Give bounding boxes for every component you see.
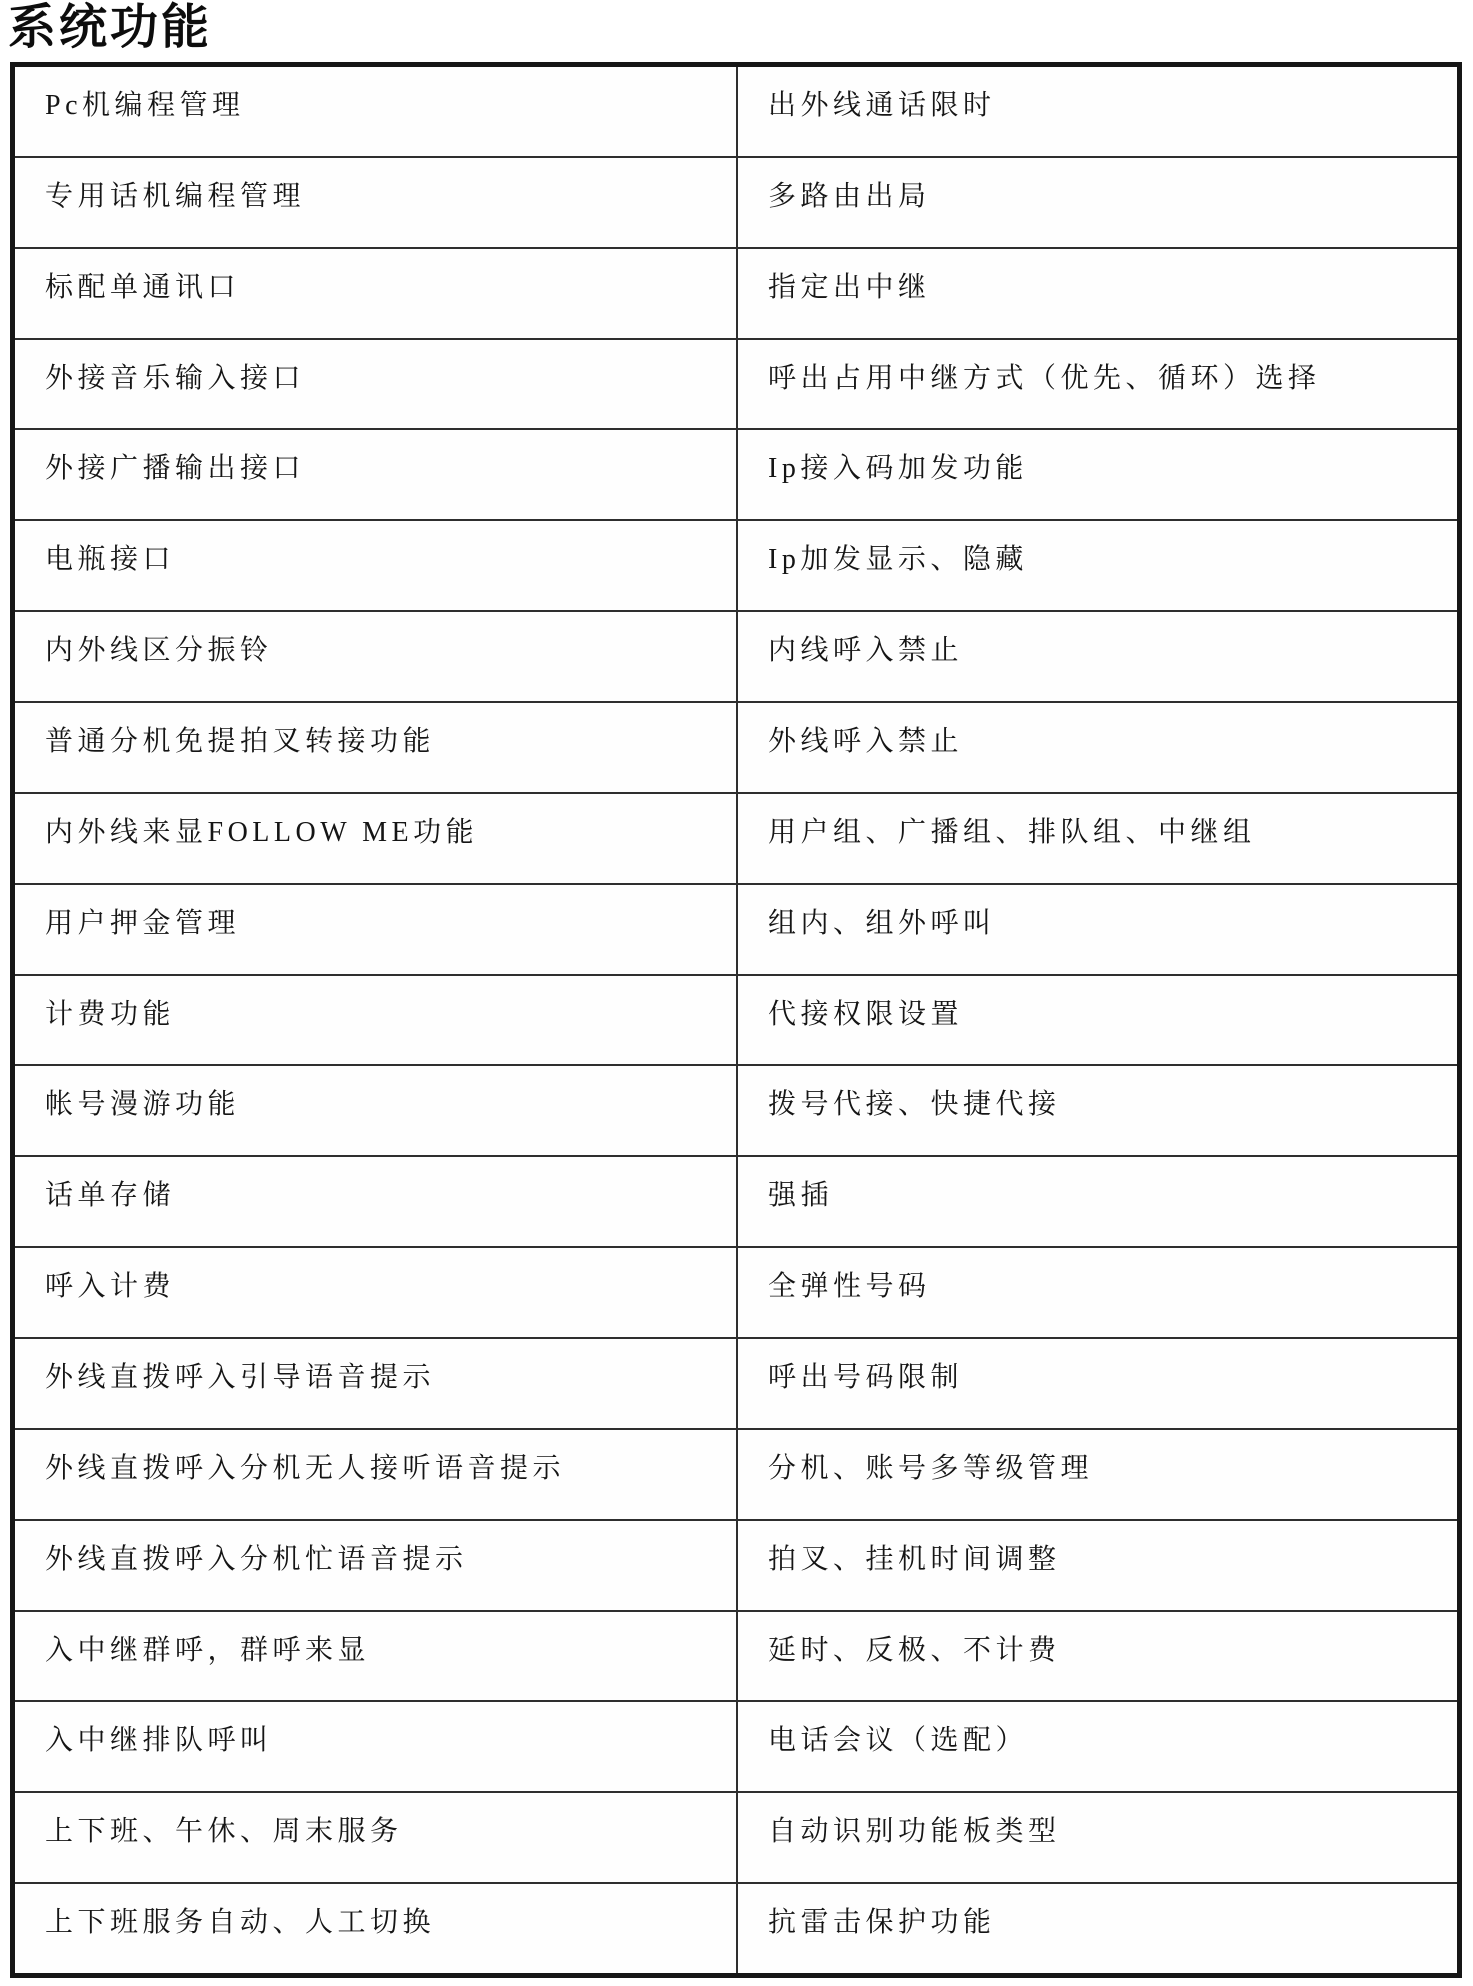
feature-cell-left: 入中继排队呼叫 <box>15 1702 738 1791</box>
feature-cell-left: 外线直拨呼入分机无人接听语音提示 <box>15 1430 738 1519</box>
table-row: 呼入计费 全弹性号码 <box>15 1246 1457 1337</box>
feature-cell-right: Ip接入码加发功能 <box>738 430 1457 519</box>
feature-cell-left: 外接音乐输入接口 <box>15 340 738 429</box>
feature-cell-left: 内外线区分振铃 <box>15 612 738 701</box>
feature-cell-left: 电瓶接口 <box>15 521 738 610</box>
page-title: 系统功能 <box>0 0 1473 54</box>
table-row: 用户押金管理 组内、组外呼叫 <box>15 883 1457 974</box>
document-page: 系统功能 Pc机编程管理 出外线通话限时 专用话机编程管理 多路由出局 标配单通… <box>0 0 1473 1986</box>
feature-cell-left: 入中继群呼，群呼来显 <box>15 1612 738 1701</box>
feature-cell-left: 计费功能 <box>15 976 738 1065</box>
feature-cell-right: 呼出号码限制 <box>738 1339 1457 1428</box>
feature-cell-left: 内外线来显FOLLOW ME功能 <box>15 794 738 883</box>
table-row: 外线直拨呼入分机无人接听语音提示 分机、账号多等级管理 <box>15 1428 1457 1519</box>
feature-cell-right: 代接权限设置 <box>738 976 1457 1065</box>
feature-cell-left: 用户押金管理 <box>15 885 738 974</box>
table-row: Pc机编程管理 出外线通话限时 <box>15 67 1457 156</box>
feature-cell-right: 呼出占用中继方式（优先、循环）选择 <box>738 340 1457 429</box>
table-row: 专用话机编程管理 多路由出局 <box>15 156 1457 247</box>
feature-cell-right: 电话会议（选配） <box>738 1702 1457 1791</box>
feature-cell-right: 拍叉、挂机时间调整 <box>738 1521 1457 1610</box>
table-row: 标配单通讯口 指定出中继 <box>15 247 1457 338</box>
table-row: 上下班服务自动、人工切换 抗雷击保护功能 <box>15 1882 1457 1973</box>
table-row: 外线直拨呼入引导语音提示 呼出号码限制 <box>15 1337 1457 1428</box>
feature-cell-right: 用户组、广播组、排队组、中继组 <box>738 794 1457 883</box>
feature-cell-right: 延时、反极、不计费 <box>738 1612 1457 1701</box>
feature-cell-left: 专用话机编程管理 <box>15 158 738 247</box>
table-row: 普通分机免提拍叉转接功能 外线呼入禁止 <box>15 701 1457 792</box>
feature-cell-right: 指定出中继 <box>738 249 1457 338</box>
feature-cell-left: 呼入计费 <box>15 1248 738 1337</box>
feature-cell-left: 外接广播输出接口 <box>15 430 738 519</box>
feature-cell-left: 话单存储 <box>15 1157 738 1246</box>
feature-cell-right: Ip加发显示、隐藏 <box>738 521 1457 610</box>
feature-cell-right: 外线呼入禁止 <box>738 703 1457 792</box>
table-row: 外线直拨呼入分机忙语音提示 拍叉、挂机时间调整 <box>15 1519 1457 1610</box>
feature-cell-right: 分机、账号多等级管理 <box>738 1430 1457 1519</box>
feature-cell-left: 上下班服务自动、人工切换 <box>15 1884 738 1973</box>
feature-cell-right: 自动识别功能板类型 <box>738 1793 1457 1882</box>
feature-cell-right: 内线呼入禁止 <box>738 612 1457 701</box>
feature-cell-left: 上下班、午休、周末服务 <box>15 1793 738 1882</box>
feature-cell-right: 强插 <box>738 1157 1457 1246</box>
feature-cell-right: 抗雷击保护功能 <box>738 1884 1457 1973</box>
feature-cell-left: 外线直拨呼入引导语音提示 <box>15 1339 738 1428</box>
table-row: 上下班、午休、周末服务 自动识别功能板类型 <box>15 1791 1457 1882</box>
feature-cell-left: 标配单通讯口 <box>15 249 738 338</box>
table-row: 外接音乐输入接口 呼出占用中继方式（优先、循环）选择 <box>15 338 1457 429</box>
table-row: 入中继排队呼叫 电话会议（选配） <box>15 1700 1457 1791</box>
system-features-table: Pc机编程管理 出外线通话限时 专用话机编程管理 多路由出局 标配单通讯口 指定… <box>10 62 1462 1978</box>
feature-cell-right: 多路由出局 <box>738 158 1457 247</box>
feature-cell-left: 帐号漫游功能 <box>15 1066 738 1155</box>
feature-cell-left: 外线直拨呼入分机忙语音提示 <box>15 1521 738 1610</box>
table-row: 外接广播输出接口 Ip接入码加发功能 <box>15 428 1457 519</box>
feature-cell-right: 拨号代接、快捷代接 <box>738 1066 1457 1155</box>
feature-cell-left: 普通分机免提拍叉转接功能 <box>15 703 738 792</box>
feature-cell-right: 出外线通话限时 <box>738 67 1457 156</box>
feature-cell-right: 全弹性号码 <box>738 1248 1457 1337</box>
feature-cell-right: 组内、组外呼叫 <box>738 885 1457 974</box>
table-row: 帐号漫游功能 拨号代接、快捷代接 <box>15 1064 1457 1155</box>
feature-cell-left: Pc机编程管理 <box>15 67 738 156</box>
table-row: 入中继群呼，群呼来显 延时、反极、不计费 <box>15 1610 1457 1701</box>
table-row: 内外线来显FOLLOW ME功能 用户组、广播组、排队组、中继组 <box>15 792 1457 883</box>
table-row: 话单存储 强插 <box>15 1155 1457 1246</box>
table-row: 计费功能 代接权限设置 <box>15 974 1457 1065</box>
table-row: 电瓶接口 Ip加发显示、隐藏 <box>15 519 1457 610</box>
table-row: 内外线区分振铃 内线呼入禁止 <box>15 610 1457 701</box>
